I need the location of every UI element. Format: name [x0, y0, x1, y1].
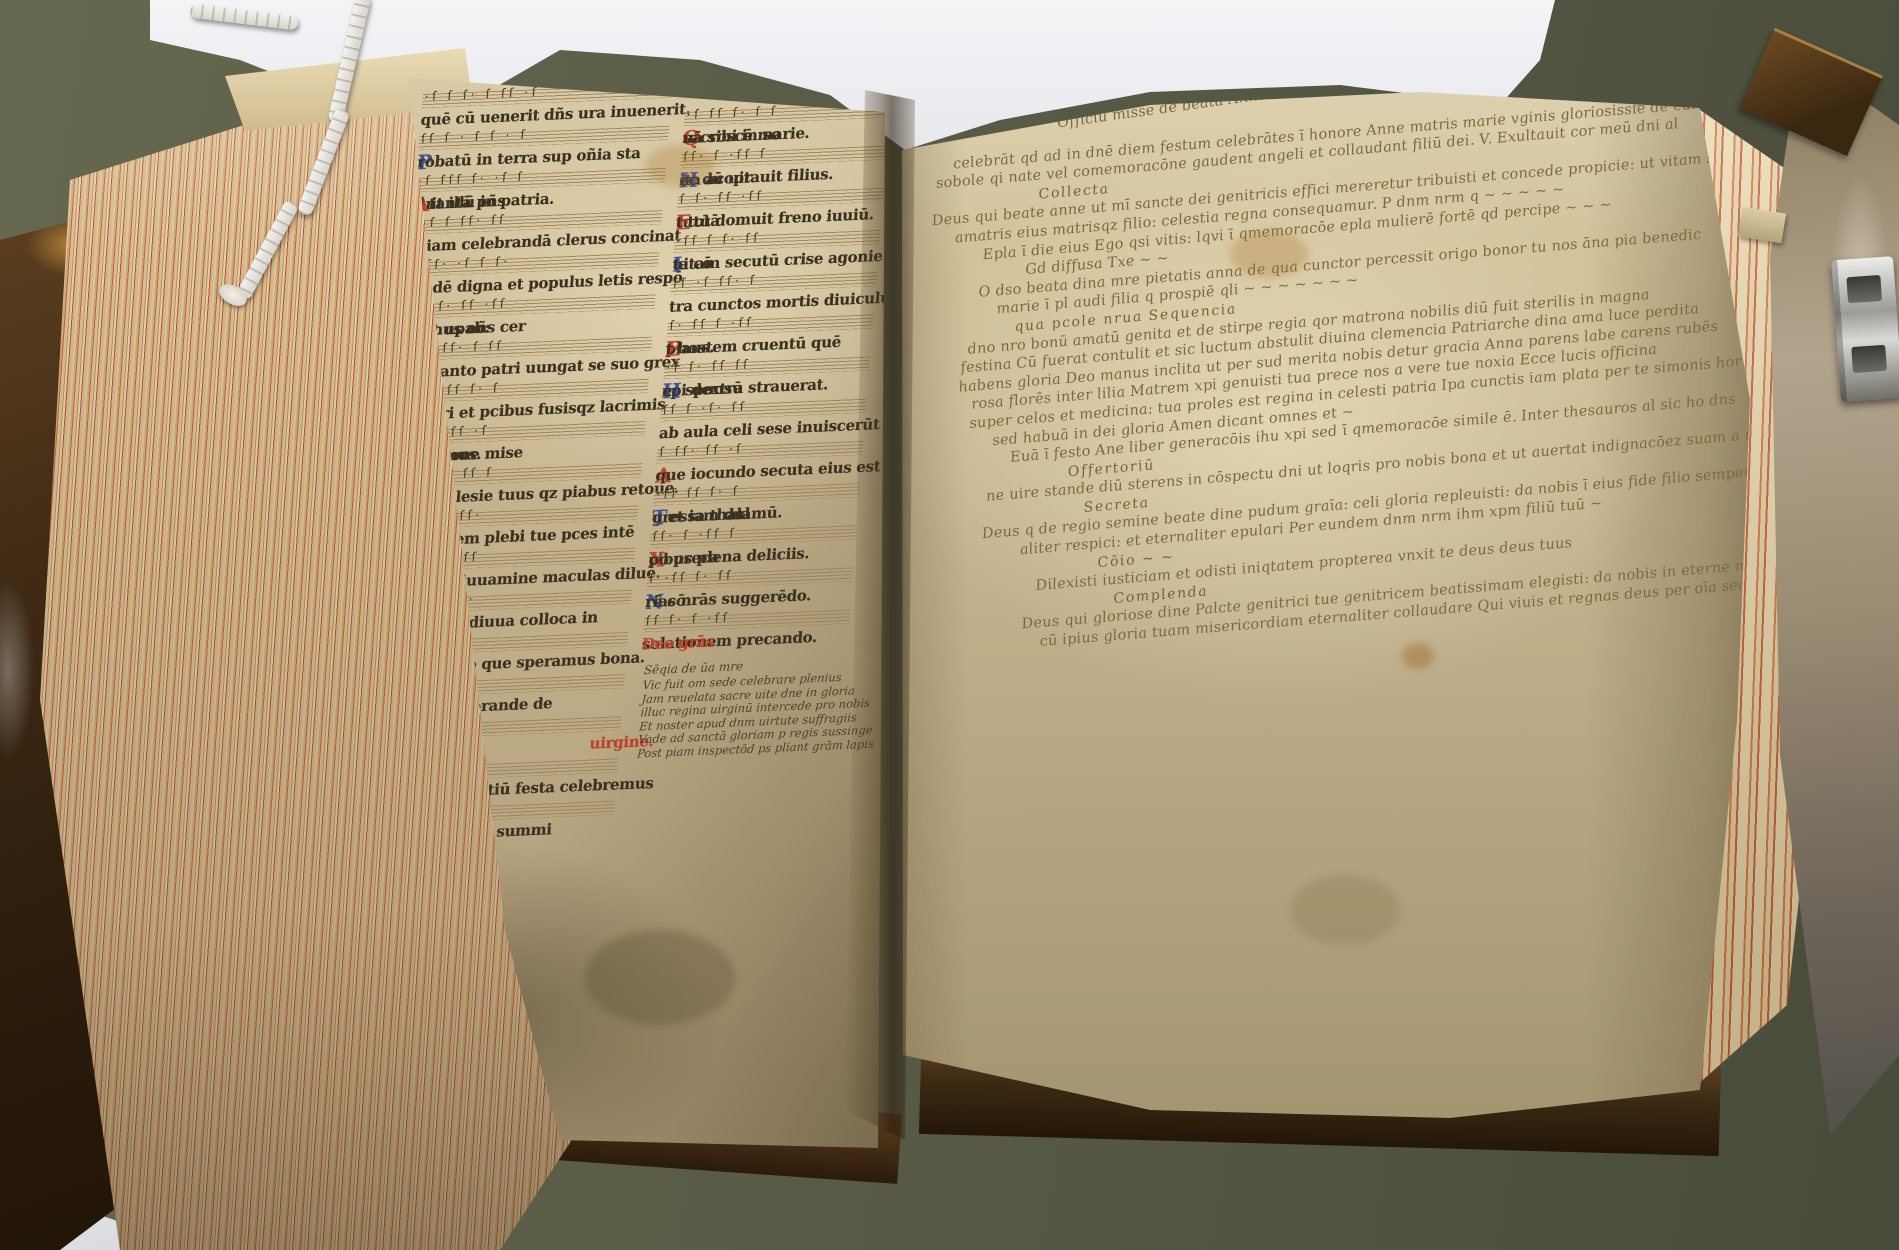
chant-column-2: ·ſ ſſ ſ· ſ ſsacroscē marie. Quā sibi in …	[633, 101, 891, 760]
neume-marks: ·ſ ſſſ ſ· ·ſ ſ	[417, 169, 526, 189]
neume-marks: ſſ· ſ ·ſſ ſ	[683, 146, 769, 165]
text-segment: Deo grās	[641, 631, 715, 655]
neume-marks: ſſ ·ſ ſſ· ſ	[672, 272, 758, 291]
manuscript-photo-scene: ·ſ ſ ſ· ſ ſſ ·ſquē cū uenerit dñs ura in…	[0, 0, 1899, 1250]
clasp-slot	[1851, 345, 1887, 373]
neume-marks: ſſ ſ· ſ ·ſſ	[645, 610, 731, 629]
neume-marks: ſ· ſſ ſ ·ſſ	[669, 314, 755, 333]
neume-marks: ·ſ ſſ ſ· ſ ſ	[686, 103, 779, 122]
parchment-smudge	[585, 930, 735, 1025]
mass-text-block: Officiū misse de beata Anna mre diue vgi…	[908, 70, 1799, 656]
marginal-note: Sēqia de ūa mreVic fuit om sede celebrar…	[633, 655, 847, 761]
neume-marks: ſſ· ſ ·ſſ ſ	[652, 525, 738, 544]
metal-clasp	[1831, 256, 1899, 402]
text-segment: rē cō	[645, 590, 687, 613]
neume-marks: ſ ſ· ſſ ·ſſ	[679, 188, 765, 207]
text-segment: t totā	[675, 211, 721, 234]
neume-marks: ·ſſ ſ ſ· ſſ	[676, 230, 762, 249]
neume-marks: ·ſſ ſſ ſ· ſ	[655, 483, 741, 502]
neume-marks: ·ſ ſ ſ· ſ ſſ ·ſ	[424, 84, 540, 104]
chant-line: ſſ ſ· ſ ·ſſsolationem precando. Deo grās	[641, 608, 850, 659]
text-segment: ta cō	[672, 253, 713, 276]
neume-marks: ſ ſſ· ſſ ·ſ	[659, 441, 745, 460]
parchment-smudge	[1290, 875, 1400, 945]
text-segment: po preca	[648, 547, 720, 571]
neume-marks: ſ ·ſſ ſ· ſſ	[649, 567, 735, 586]
clasp-slot	[1846, 275, 1882, 303]
neume-marks: ſſ ſ ·ſ· ſſ	[662, 399, 748, 418]
right-page-recto: 288 Officiū misse de beata Anna mre diue…	[890, 85, 1760, 1140]
neume-marks: ·ſ ſ· ſſ ſſ	[666, 356, 752, 375]
neume-marks: ſ·ſ ſ ſſ· ſſ	[414, 212, 508, 231]
rust-spot	[1402, 643, 1434, 669]
neume-marks: ſſ ſ · ſ ſ · ſ	[421, 127, 529, 147]
